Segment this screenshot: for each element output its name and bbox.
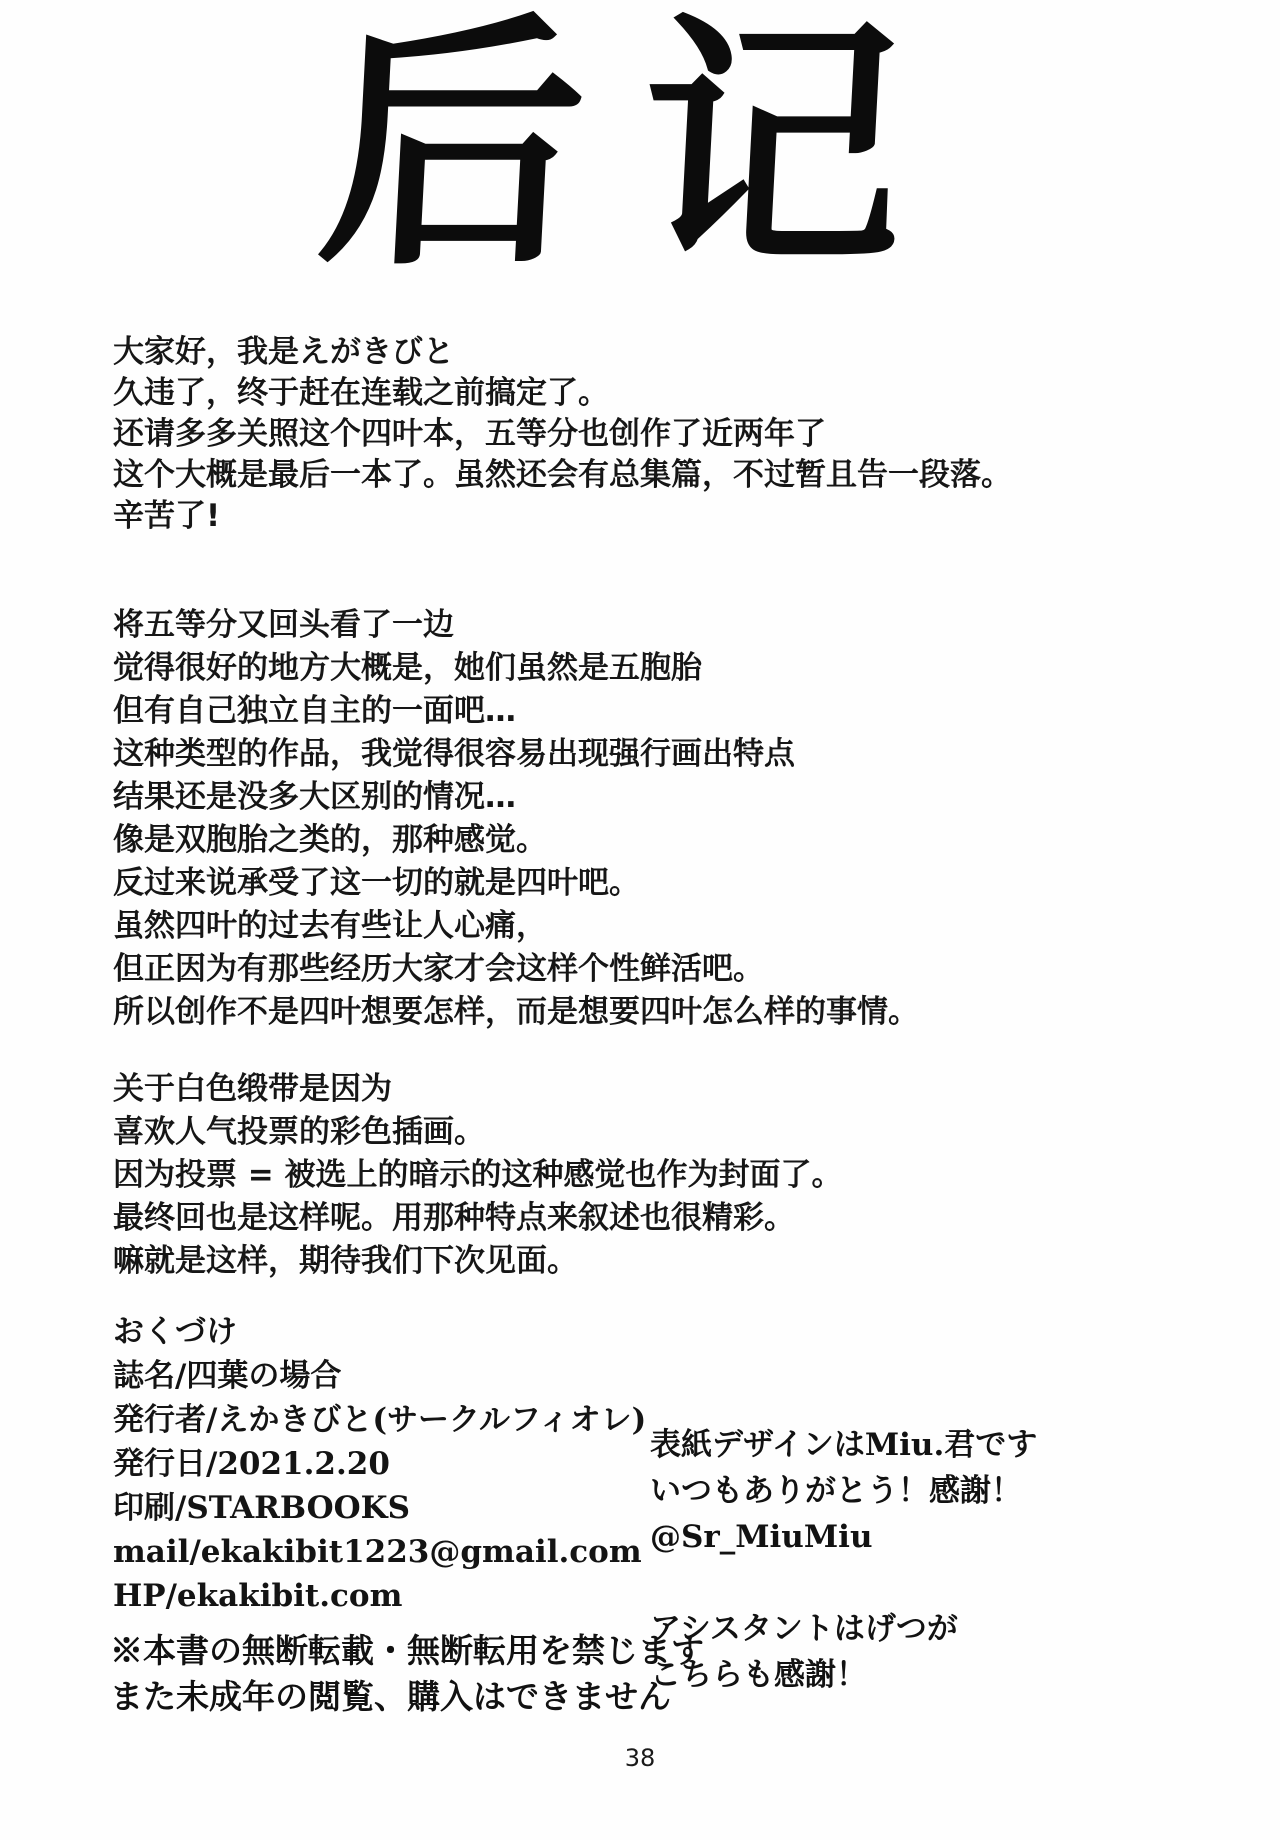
text-line: 印刷/STARBOOKS <box>113 1486 646 1530</box>
text-line: ※本書の無断転載・無断転用を禁じます <box>110 1628 704 1674</box>
text-line <box>650 1560 1037 1606</box>
text-line: 将五等分又回头看了一边 <box>113 604 919 647</box>
text-line: 最终回也是这样呢。用那种特点来叙述也很精彩。 <box>113 1197 843 1240</box>
colophon: おくづけ誌名/四葉の場合発行者/えかきびと(サークルフィオレ)発行日/2021.… <box>113 1310 646 1618</box>
text-line: 结果还是没多大区别的情况… <box>113 776 919 819</box>
text-line: 但正因为有那些经历大家才会这样个性鲜活吧。 <box>113 948 919 991</box>
text-line: HP/ekakibit.com <box>113 1574 646 1618</box>
page-title-calligraphy: 后记 <box>0 0 1280 311</box>
text-line: おくづけ <box>113 1310 646 1354</box>
text-line: 像是双胞胎之类的，那种感觉。 <box>113 819 919 862</box>
afterword-paragraph-greeting: 大家好，我是えがきびと久违了，终于赶在连载之前搞定了。还请多多关照这个四叶本，五… <box>113 332 1012 537</box>
text-line: 喜欢人气投票的彩色插画。 <box>113 1111 843 1154</box>
text-line: 关于白色缎带是因为 <box>113 1068 843 1111</box>
afterword-paragraph-series-thoughts: 将五等分又回头看了一边觉得很好的地方大概是，她们虽然是五胞胎但有自己独立自主的一… <box>113 604 919 1034</box>
text-line: アシスタントはげつが <box>650 1606 1037 1652</box>
text-line: 表紙デザインはMiu.君です <box>650 1422 1037 1468</box>
text-line: @Sr_MiuMiu <box>650 1514 1037 1560</box>
text-line: 还请多多关照这个四叶本，五等分也创作了近两年了 <box>113 414 1012 455</box>
afterword-page: 后记 大家好，我是えがきびと久违了，终于赶在连载之前搞定了。还请多多关照这个四叶… <box>0 0 1280 1840</box>
text-line: 発行者/えかきびと(サークルフィオレ) <box>113 1398 646 1442</box>
text-line: 因为投票 = 被选上的暗示的这种感觉也作为封面了。 <box>113 1154 843 1197</box>
text-line: 久违了，终于赶在连载之前搞定了。 <box>113 373 1012 414</box>
text-line: 但有自己独立自主的一面吧… <box>113 690 919 733</box>
text-line: mail/ekakibit1223@gmail.com <box>113 1530 646 1574</box>
text-line: 这种类型的作品，我觉得很容易出现强行画出特点 <box>113 733 919 776</box>
text-line: 这个大概是最后一本了。虽然还会有总集篇，不过暂且告一段落。 <box>113 455 1012 496</box>
text-line: 大家好，我是えがきびと <box>113 332 1012 373</box>
text-line: 辛苦了! <box>113 496 1012 537</box>
text-line: また未成年の閲覧、購入はできません <box>110 1674 704 1720</box>
text-line: 所以创作不是四叶想要怎样，而是想要四叶怎么样的事情。 <box>113 991 919 1034</box>
text-line: 觉得很好的地方大概是，她们虽然是五胞胎 <box>113 647 919 690</box>
text-line: いつもありがとう！感謝！ <box>650 1468 1037 1514</box>
credits-column: 表紙デザインはMiu.君ですいつもありがとう！感謝！@Sr_MiuMiuアシスタ… <box>650 1422 1037 1698</box>
afterword-paragraph-cover-notes: 关于白色缎带是因为喜欢人气投票的彩色插画。因为投票 = 被选上的暗示的这种感觉也… <box>113 1068 843 1283</box>
text-line: 嘛就是这样，期待我们下次见面。 <box>113 1240 843 1283</box>
text-line: 誌名/四葉の場合 <box>113 1354 646 1398</box>
text-line: 発行日/2021.2.20 <box>113 1442 646 1486</box>
page-number: 38 <box>0 1744 1280 1772</box>
copyright-notice: ※本書の無断転載・無断転用を禁じますまた未成年の閲覧、購入はできません <box>110 1628 704 1720</box>
text-line: 反过来说承受了这一切的就是四叶吧。 <box>113 862 919 905</box>
text-line: こちらも感謝！ <box>650 1652 1037 1698</box>
text-line: 虽然四叶的过去有些让人心痛， <box>113 905 919 948</box>
